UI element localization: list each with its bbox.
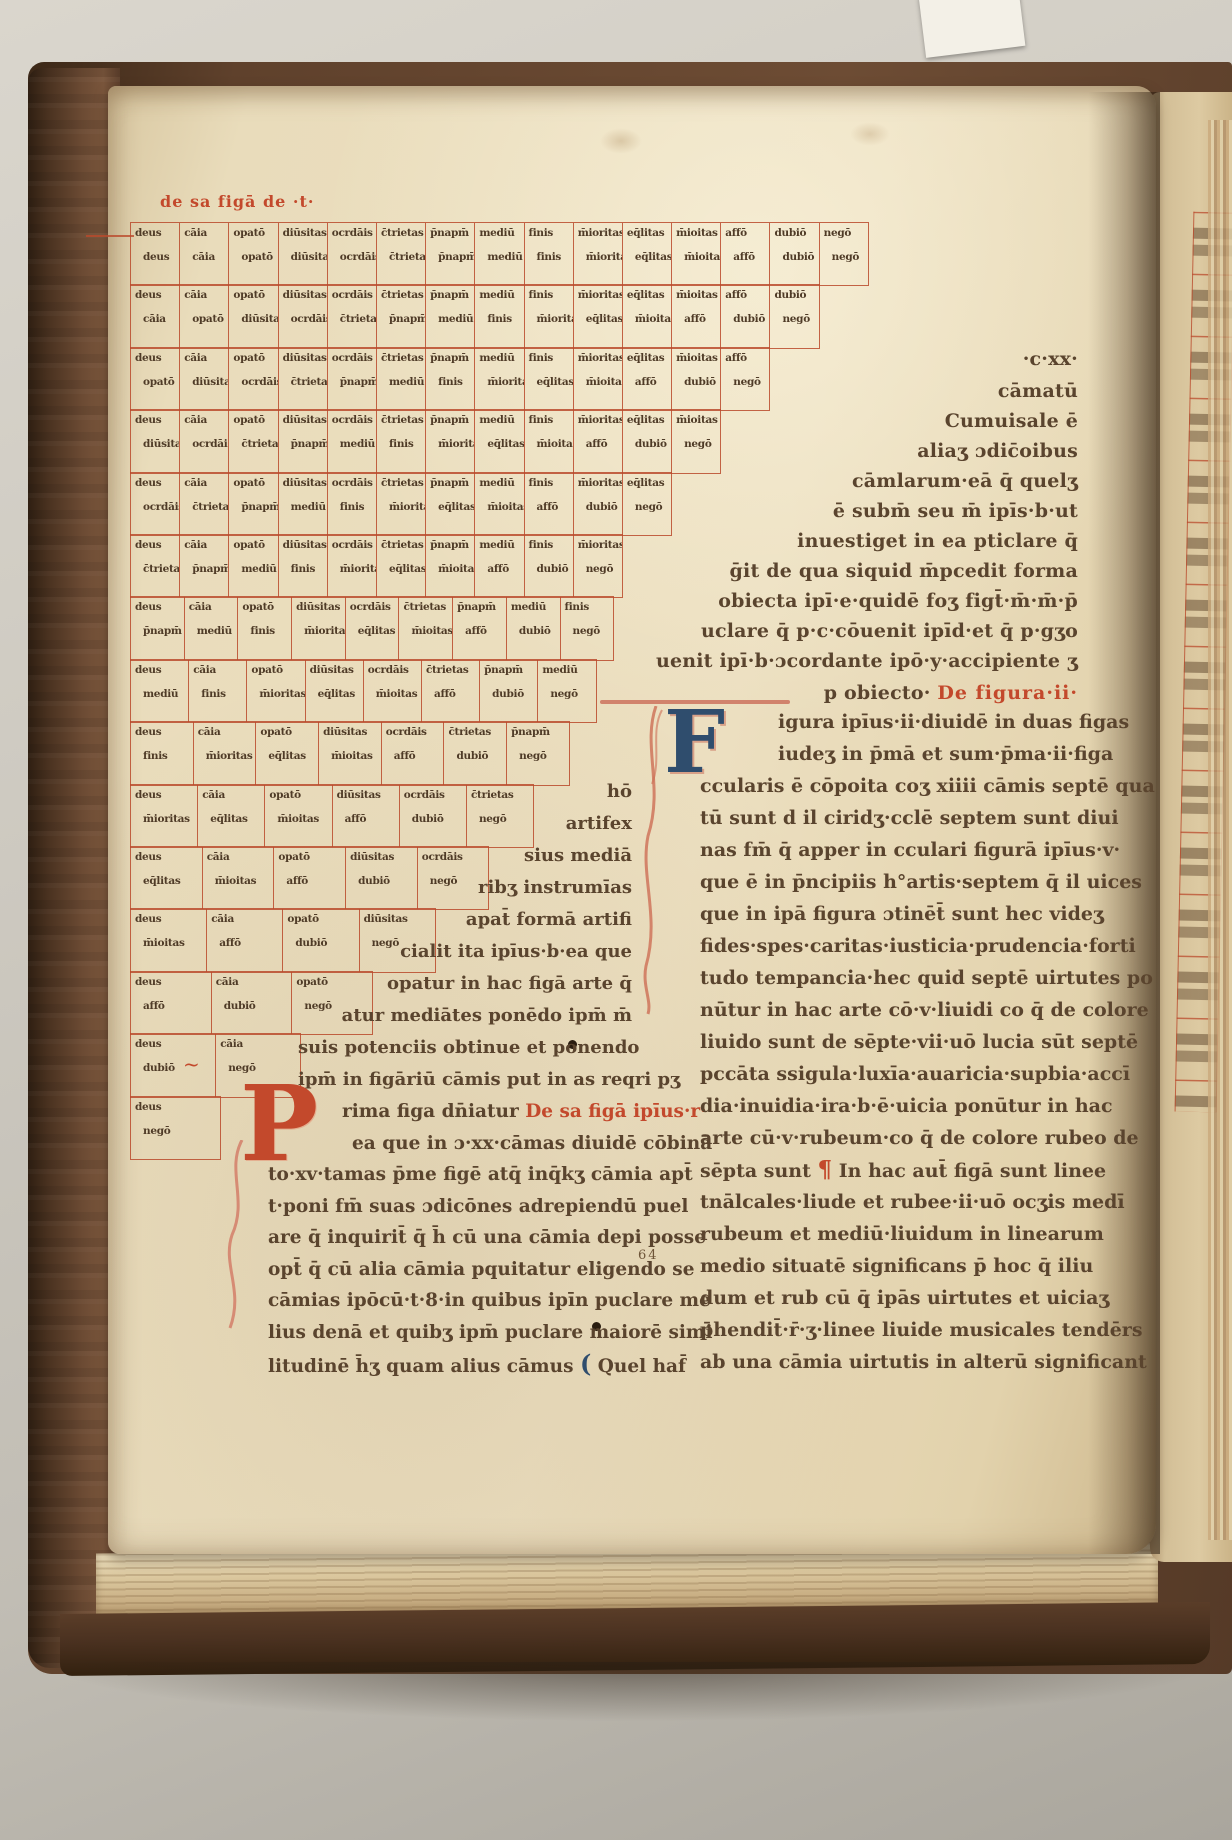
table-cell: deusm̄ioitas bbox=[131, 909, 207, 971]
term-upper: diūsitas bbox=[279, 477, 327, 490]
page-stain bbox=[850, 122, 890, 146]
table-cell: eq̄litaseq̄litas bbox=[623, 223, 672, 285]
term-upper: p̄napm̄ bbox=[507, 726, 569, 739]
term-upper: cāia bbox=[194, 726, 256, 739]
term-upper: finis bbox=[525, 539, 573, 552]
right-column-corner-number: ·c·xx· bbox=[598, 344, 1078, 374]
text-line: liuido sunt de sēpte·vii·uō lucia sūt se… bbox=[700, 1026, 1082, 1058]
table-cell: mediūnegō bbox=[538, 660, 596, 722]
table-cell: cāiafinis bbox=[189, 660, 247, 722]
term-lower: c̄trietas bbox=[139, 563, 180, 576]
term-upper: p̄napm̄ bbox=[426, 289, 474, 302]
table-cell: negōnegō bbox=[820, 223, 869, 285]
term-upper: c̄trietas bbox=[444, 726, 506, 739]
table-cell: deusdiūsitas bbox=[131, 410, 180, 472]
table-cell: mediūeq̄litas bbox=[475, 410, 524, 472]
text-line: obiecta ipī·e·quidē foʒ figt̄·m̄·m̄·p̄ bbox=[598, 586, 1078, 616]
table-cell: dubiōdubiō bbox=[770, 223, 819, 285]
split-line-black2: In hac aut̄ figā sunt linee bbox=[839, 1160, 1106, 1182]
table-cell: p̄napm̄mediū bbox=[426, 285, 475, 347]
table-cell: opatōopatō bbox=[229, 223, 278, 285]
term-upper: diūsitas bbox=[279, 289, 327, 302]
term-lower: affō bbox=[680, 313, 721, 326]
text-line: igura ipīus·ii·diuidē in duas figas bbox=[778, 706, 1082, 738]
term-upper: p̄napm̄ bbox=[426, 227, 474, 240]
table-cell: ocrdāism̄ioitas bbox=[364, 660, 422, 722]
table-cell: opatōmediū bbox=[229, 535, 278, 597]
text-line: sius mediā bbox=[298, 840, 632, 872]
term-lower: dubiō bbox=[488, 688, 538, 701]
term-upper: mediū bbox=[507, 601, 560, 614]
text-line: cāmatū bbox=[598, 376, 1078, 406]
term-upper: deus bbox=[131, 227, 179, 240]
table-cell: cāiam̄ioritas bbox=[194, 722, 257, 784]
term-upper: c̄trietas bbox=[399, 601, 452, 614]
table-cell: affōdubiō bbox=[721, 285, 770, 347]
left-body-lines: to·xv·tamas p̄me figē atq̄ inq̄kʒ cāmia … bbox=[268, 1159, 630, 1348]
term-lower: m̄ioritas bbox=[533, 313, 574, 326]
split-line-black: sēpta sunt bbox=[700, 1160, 811, 1182]
text-line: Cumuisale ē bbox=[598, 406, 1078, 436]
rubric-line: rima figa dn̄iatur De sa figā ipīus·r· bbox=[342, 1096, 630, 1128]
term-upper: ocrdāis bbox=[328, 414, 376, 427]
paper-slip bbox=[919, 0, 1026, 58]
table-cell: c̄trietasfinis bbox=[377, 410, 426, 472]
text-line: cāmlarum·eā q̄ quelʒ bbox=[598, 466, 1078, 496]
term-upper: cāia bbox=[185, 601, 238, 614]
table-cell: m̄ioitasm̄ioitas bbox=[672, 223, 721, 285]
table-cell: finism̄ioritas bbox=[525, 285, 574, 347]
text-line: apat̄ formā artifi bbox=[298, 904, 632, 936]
term-lower: m̄ioritas bbox=[202, 750, 257, 763]
table-cell: deusmediū bbox=[131, 660, 189, 722]
table-cell: affōaffō bbox=[721, 223, 770, 285]
term-lower: affō bbox=[461, 625, 507, 638]
term-lower: m̄ioitas bbox=[631, 313, 672, 326]
rubric-line-black: p obiecto· bbox=[824, 682, 931, 704]
margin-mark: ~ bbox=[183, 1052, 200, 1076]
term-upper: opatō bbox=[238, 601, 291, 614]
table-cell: cāiam̄ioitas bbox=[203, 847, 275, 909]
term-lower: dubiō bbox=[729, 313, 770, 326]
table-cell: diūsitasocrdāis bbox=[279, 285, 328, 347]
table-cell: mediūaffō bbox=[475, 535, 524, 597]
term-lower: deus bbox=[139, 251, 180, 264]
table-cell: diūsitasdiūsitas bbox=[279, 223, 328, 285]
term-lower: m̄ioitas bbox=[533, 438, 574, 451]
table-row: deusnegō bbox=[130, 1096, 221, 1160]
term-upper: ocrdāis bbox=[328, 289, 376, 302]
table-cell: deuseq̄litas bbox=[131, 847, 203, 909]
table-cell: m̄ioritasm̄ioritas bbox=[574, 223, 623, 285]
term-upper: ocrdāis bbox=[328, 539, 376, 552]
table-cell: deusocrdāis bbox=[131, 473, 180, 535]
term-lower: ocrdāis bbox=[139, 501, 180, 514]
fore-edge-pages bbox=[1208, 120, 1232, 1540]
table-cell: cāiacāia bbox=[180, 223, 229, 285]
term-upper: mediū bbox=[475, 414, 523, 427]
term-lower: m̄ioritas bbox=[483, 376, 524, 389]
text-line: ·c·xx· bbox=[598, 344, 1078, 374]
term-lower: opatō bbox=[139, 376, 180, 389]
term-upper: c̄trietas bbox=[422, 664, 479, 677]
term-lower: dubiō bbox=[139, 1062, 216, 1075]
table-cell: finisfinis bbox=[525, 223, 574, 285]
table-cell: ocrdāismediū bbox=[328, 410, 377, 472]
text-line: pccāta ssigula·luxīa·auaricia·supbia·acc… bbox=[700, 1058, 1082, 1090]
text-line: hō bbox=[298, 776, 632, 808]
term-lower: mediū bbox=[193, 625, 239, 638]
term-lower: c̄trietas bbox=[237, 438, 278, 451]
table-cell: p̄napm̄eq̄litas bbox=[426, 473, 475, 535]
term-upper: deus bbox=[131, 726, 193, 739]
text-line: uclare q̄ p·c·cōuenit ipīd·et q̄ p·gʒo bbox=[598, 616, 1078, 646]
term-upper: ocrdāis bbox=[364, 664, 421, 677]
term-lower: diūsitas bbox=[188, 376, 229, 389]
term-upper: p̄napm̄ bbox=[426, 414, 474, 427]
term-lower: affō bbox=[139, 1000, 212, 1013]
term-upper: mediū bbox=[538, 664, 595, 677]
left-column-body: rima figa dn̄iatur De sa figā ipīus·r· e… bbox=[268, 1096, 630, 1380]
term-upper: p̄napm̄ bbox=[426, 539, 474, 552]
text-line: dum et rub cū q̄ ipās uirtutes et uiciaʒ bbox=[700, 1282, 1082, 1314]
term-lower: affō bbox=[533, 501, 574, 514]
term-lower: finis bbox=[197, 688, 247, 701]
term-upper: mediū bbox=[475, 539, 523, 552]
term-lower: p̄napm̄ bbox=[188, 563, 229, 576]
term-upper: deus bbox=[131, 352, 179, 365]
table-cell: cāiaaffō bbox=[207, 909, 283, 971]
last-line-black: litudinē h̄ʒ quam alius cāmus bbox=[268, 1356, 574, 1377]
table-cell: cāiaocrdāis bbox=[180, 410, 229, 472]
term-upper: mediū bbox=[475, 477, 523, 490]
term-upper: opatō bbox=[229, 352, 277, 365]
term-lower: m̄ioitas bbox=[407, 625, 453, 638]
table-row: deusocrdāiscāiac̄trietasopatōp̄napm̄diūs… bbox=[130, 472, 672, 536]
term-lower: m̄ioitas bbox=[327, 750, 382, 763]
table-cell: mediūmediū bbox=[475, 223, 524, 285]
term-upper: m̄ioritas bbox=[574, 227, 622, 240]
term-lower: p̄napm̄ bbox=[287, 438, 328, 451]
table-cell: deusfinis bbox=[131, 722, 194, 784]
table-cell: ocrdāisocrdāis bbox=[328, 223, 377, 285]
table-cell: opatōocrdāis bbox=[229, 348, 278, 410]
split-line: sēpta sunt ¶ In hac aut̄ figā sunt linee bbox=[700, 1154, 1082, 1186]
right-body-lines-2: tnālcales·liude et rubee·ii·uō ocʒis med… bbox=[700, 1186, 1082, 1378]
term-lower: m̄ioitas bbox=[139, 937, 207, 950]
table-cell: mediūm̄ioitas bbox=[475, 473, 524, 535]
term-lower: finis bbox=[287, 563, 328, 576]
text-line: cialit ita ipīus·b·ea que bbox=[298, 936, 632, 968]
term-lower: m̄ioitas bbox=[434, 563, 475, 576]
term-upper: deus bbox=[131, 289, 179, 302]
text-line: dia·inuidia·ira·b·ē·uicia ponūtur in hac bbox=[700, 1090, 1082, 1122]
table-row: deuscāiacāiaopatōopatōdiūsitasdiūsitasoc… bbox=[130, 284, 820, 348]
term-lower: diūsitas bbox=[237, 313, 278, 326]
term-upper: mediū bbox=[475, 352, 523, 365]
term-upper: deus bbox=[131, 477, 179, 490]
term-lower: mediū bbox=[483, 251, 524, 264]
term-upper: m̄ioitas bbox=[672, 227, 720, 240]
initial-P-flourish bbox=[222, 1140, 252, 1330]
table-cell: finiseq̄litas bbox=[525, 348, 574, 410]
table-cell: cāiac̄trietas bbox=[180, 473, 229, 535]
term-upper: cāia bbox=[180, 289, 228, 302]
term-upper: finis bbox=[525, 477, 573, 490]
term-lower: m̄ioritas bbox=[139, 813, 198, 826]
term-lower: dubiō bbox=[515, 625, 561, 638]
term-upper: diūsitas bbox=[319, 726, 381, 739]
text-line: tnālcales·liude et rubee·ii·uō ocʒis med… bbox=[700, 1186, 1082, 1218]
term-lower: dubiō bbox=[533, 563, 574, 576]
term-upper: deus bbox=[131, 664, 188, 677]
term-upper: ocrdāis bbox=[382, 726, 444, 739]
text-line: ab una cāmia uirtutis in alterū signific… bbox=[700, 1346, 1082, 1378]
text-line: opt̄ q̄ cū alia cāmia pquitatur eligendo… bbox=[268, 1254, 630, 1286]
right-indent-lines: igura ipīus·ii·diuidē in duas figasiudeʒ… bbox=[778, 706, 1082, 770]
table-cell: cāiadubiō bbox=[212, 972, 293, 1034]
term-upper: finis bbox=[525, 352, 573, 365]
term-lower: eq̄litas bbox=[206, 813, 265, 826]
term-lower: mediū bbox=[237, 563, 278, 576]
term-upper: c̄trietas bbox=[377, 414, 425, 427]
term-lower: mediū bbox=[434, 313, 475, 326]
term-upper: cāia bbox=[198, 789, 264, 802]
table-cell: c̄trietasaffō bbox=[422, 660, 480, 722]
text-line: fides·spes·caritas·iusticia·prudencia·fo… bbox=[700, 930, 1082, 962]
term-upper: finis bbox=[525, 289, 573, 302]
term-upper: p̄napm̄ bbox=[426, 477, 474, 490]
term-upper: c̄trietas bbox=[377, 227, 425, 240]
term-upper: deus bbox=[131, 851, 202, 864]
term-lower: c̄trietas bbox=[336, 313, 377, 326]
table-cell: eq̄litasm̄ioitas bbox=[623, 285, 672, 347]
term-upper: diūsitas bbox=[279, 539, 327, 552]
table-cell: opatōc̄trietas bbox=[229, 410, 278, 472]
term-upper: deus bbox=[131, 913, 206, 926]
term-upper: diūsitas bbox=[306, 664, 363, 677]
text-line: atur mediātes ponēdo ipm̄ m̄ bbox=[298, 1000, 632, 1032]
spine-texture bbox=[28, 68, 120, 1668]
table-cell: ocrdāisfinis bbox=[328, 473, 377, 535]
text-line: t·poni fm̄ suas ɔdicōnes adrepiendū puel bbox=[268, 1191, 630, 1223]
table-cell: mediūfinis bbox=[475, 285, 524, 347]
term-lower: dubiō bbox=[778, 251, 819, 264]
table-cell: deusopatō bbox=[131, 348, 180, 410]
table-cell: cāiaeq̄litas bbox=[198, 785, 265, 847]
text-line: tudo tempancia·hec quid septē uirtutes p… bbox=[700, 962, 1082, 994]
text-line: ea que in ɔ·xx·cāmas diuidē cōbinā bbox=[352, 1128, 630, 1160]
term-lower: c̄trietas bbox=[385, 251, 426, 264]
table-cell: deusdubiō bbox=[131, 1034, 216, 1096]
term-lower: finis bbox=[139, 750, 194, 763]
table-cell: m̄ioritaseq̄litas bbox=[574, 285, 623, 347]
table-cell: p̄napm̄p̄napm̄ bbox=[426, 223, 475, 285]
term-lower: negō bbox=[515, 750, 570, 763]
table-cell: diūsitasmediū bbox=[279, 473, 328, 535]
table-cell: ocrdāisc̄trietas bbox=[328, 285, 377, 347]
term-upper: opatō bbox=[229, 289, 277, 302]
table-cell: opatōfinis bbox=[238, 597, 292, 659]
table-cell: c̄trietasp̄napm̄ bbox=[377, 285, 426, 347]
pilcrow-icon: ¶ bbox=[818, 1156, 833, 1183]
table-row: deusp̄napm̄cāiamediūopatōfinisdiūsitasm̄… bbox=[130, 596, 614, 660]
text-line: are q̄ inquirit̄ q̄ h̄ cū una cāmia depi… bbox=[268, 1222, 630, 1254]
term-lower: m̄ioritas bbox=[385, 501, 426, 514]
term-lower: ocrdāis bbox=[237, 376, 278, 389]
term-upper: cāia bbox=[180, 539, 228, 552]
term-lower: affō bbox=[390, 750, 445, 763]
table-cell: mediūdubiō bbox=[507, 597, 561, 659]
term-upper: cāia bbox=[207, 913, 282, 926]
term-upper: deus bbox=[131, 414, 179, 427]
text-line: rubeum et mediū·liuidum in linearum bbox=[700, 1218, 1082, 1250]
term-lower: affō bbox=[729, 251, 770, 264]
text-line: opatur in hac figā arte q̄ bbox=[298, 968, 632, 1000]
term-upper: cāia bbox=[216, 1038, 300, 1051]
term-upper: ocrdāis bbox=[346, 601, 399, 614]
term-lower: p̄napm̄ bbox=[336, 376, 377, 389]
text-line: tū sunt d il ciridʒ·cclē septem sunt diu… bbox=[700, 802, 1082, 834]
table-cell: finisaffō bbox=[525, 473, 574, 535]
term-lower: m̄ioritas bbox=[582, 251, 623, 264]
term-upper: c̄trietas bbox=[377, 352, 425, 365]
term-lower: finis bbox=[483, 313, 524, 326]
table-cell: p̄napm̄finis bbox=[426, 348, 475, 410]
table-cell: deusnegō bbox=[131, 1097, 221, 1159]
rubric-line-red: De sa figā ipīus·r· bbox=[525, 1101, 706, 1122]
table-cell: finisdubiō bbox=[525, 535, 574, 597]
term-lower: m̄ioritas bbox=[434, 438, 475, 451]
term-lower: ocrdāis bbox=[188, 438, 229, 451]
rubric-line-black: rima figa dn̄iatur bbox=[342, 1101, 519, 1122]
term-upper: eq̄litas bbox=[623, 289, 671, 302]
table-cell: ocrdāisp̄napm̄ bbox=[328, 348, 377, 410]
table-cell: cāiamediū bbox=[185, 597, 239, 659]
table-cell: c̄trietasm̄ioritas bbox=[377, 473, 426, 535]
table-cell: p̄napm̄m̄ioitas bbox=[426, 535, 475, 597]
text-line: lius denā et quibʒ ipm̄ puclare maiorē s… bbox=[268, 1317, 630, 1349]
term-lower: opatō bbox=[237, 251, 278, 264]
term-lower: finis bbox=[533, 251, 574, 264]
term-upper: opatō bbox=[229, 539, 277, 552]
table-cell: c̄trietasc̄trietas bbox=[377, 223, 426, 285]
table-cell: opatōp̄napm̄ bbox=[229, 473, 278, 535]
term-upper: deus bbox=[131, 976, 211, 989]
table-cell: opatōm̄ioritas bbox=[247, 660, 305, 722]
term-lower: p̄napm̄ bbox=[385, 313, 426, 326]
term-upper: finis bbox=[525, 227, 573, 240]
term-upper: affō bbox=[721, 289, 769, 302]
text-line: ipm̄ in figāriū cāmis put in as reqri pʒ bbox=[298, 1064, 632, 1096]
page-stain bbox=[600, 128, 642, 154]
term-lower: affō bbox=[430, 688, 480, 701]
text-line: nūtur in hac arte cō·v·liuidi co q̄ de c… bbox=[700, 994, 1082, 1026]
term-upper: p̄napm̄ bbox=[426, 352, 474, 365]
term-lower: eq̄litas bbox=[434, 501, 475, 514]
table-cell: deusp̄napm̄ bbox=[131, 597, 185, 659]
table-cell: diūsitasfinis bbox=[279, 535, 328, 597]
term-upper: diūsitas bbox=[279, 352, 327, 365]
term-lower: diūsitas bbox=[287, 251, 328, 264]
term-upper: ocrdāis bbox=[328, 477, 376, 490]
term-lower: p̄napm̄ bbox=[434, 251, 475, 264]
term-lower: m̄ioitas bbox=[372, 688, 422, 701]
book-shadow bbox=[40, 1662, 1220, 1722]
table-cell: deusaffō bbox=[131, 972, 212, 1034]
term-lower: m̄ioritas bbox=[336, 563, 377, 576]
term-upper: mediū bbox=[475, 227, 523, 240]
text-line: aliaʒ ɔdic̄oibus bbox=[598, 436, 1078, 466]
term-upper: p̄napm̄ bbox=[480, 664, 537, 677]
right-column-body: igura ipīus·ii·diuidē in duas figasiudeʒ… bbox=[700, 706, 1082, 1378]
table-cell: diūsitasc̄trietas bbox=[279, 348, 328, 410]
paragraph-mark-icon: ( bbox=[580, 1349, 591, 1378]
term-lower: eq̄litas bbox=[264, 750, 319, 763]
table-margin-rule bbox=[86, 235, 134, 237]
term-lower: eq̄litas bbox=[533, 376, 574, 389]
term-upper: diūsitas bbox=[279, 414, 327, 427]
text-line: medio situatē significans p̄ hoc q̄ iliu bbox=[700, 1250, 1082, 1282]
term-lower: eq̄litas bbox=[385, 563, 426, 576]
term-lower: opatō bbox=[188, 313, 229, 326]
initial-F-flourish bbox=[640, 706, 666, 1016]
last-line-black2: Quel haf̄ bbox=[598, 1356, 686, 1377]
table-cell: c̄trietasmediū bbox=[377, 348, 426, 410]
term-upper: cāia bbox=[203, 851, 274, 864]
term-lower: m̄ioitas bbox=[483, 501, 524, 514]
term-upper: diūsitas bbox=[279, 227, 327, 240]
text-line: cāmias ipōcū·t·8·in quibus ipīn puclare … bbox=[268, 1285, 630, 1317]
term-lower: eq̄litas bbox=[483, 438, 524, 451]
right-column-wrap-text: cāmatūCumuisale ēaliaʒ ɔdic̄oibuscāmlaru… bbox=[598, 376, 1078, 676]
term-upper: dubiō bbox=[770, 227, 818, 240]
term-lower: m̄ioritas bbox=[255, 688, 305, 701]
term-lower: finis bbox=[385, 438, 426, 451]
table-cell: mediūm̄ioritas bbox=[475, 348, 524, 410]
term-upper: c̄trietas bbox=[377, 289, 425, 302]
term-lower: c̄trietas bbox=[188, 501, 229, 514]
table-row: deusdeuscāiacāiaopatōopatōdiūsitasdiūsit… bbox=[130, 222, 869, 286]
term-lower: m̄ioritas bbox=[300, 625, 346, 638]
term-upper: m̄ioritas bbox=[574, 289, 622, 302]
table-cell: cāiap̄napm̄ bbox=[180, 535, 229, 597]
table-cell: dubiōnegō bbox=[770, 285, 819, 347]
term-upper: ocrdāis bbox=[328, 352, 376, 365]
term-lower: cāia bbox=[139, 313, 180, 326]
term-lower: mediū bbox=[336, 438, 377, 451]
term-lower: finis bbox=[434, 376, 475, 389]
term-lower: negō bbox=[139, 1125, 221, 1138]
term-lower: cāia bbox=[188, 251, 229, 264]
term-lower: eq̄litas bbox=[139, 875, 203, 888]
term-lower: c̄trietas bbox=[287, 376, 328, 389]
term-upper: cāia bbox=[180, 414, 228, 427]
term-lower: finis bbox=[246, 625, 292, 638]
term-upper: eq̄litas bbox=[623, 227, 671, 240]
term-lower: negō bbox=[828, 251, 869, 264]
table-cell: deuscāia bbox=[131, 285, 180, 347]
text-line: ribʒ instrumīas bbox=[298, 872, 632, 904]
term-upper: opatō bbox=[229, 414, 277, 427]
table-cell: p̄napm̄m̄ioritas bbox=[426, 410, 475, 472]
term-lower: eq̄litas bbox=[314, 688, 364, 701]
text-line: uenit ipī·b·ɔcordante ipō·y·accipiente ʒ bbox=[598, 646, 1078, 676]
term-upper: opatō bbox=[229, 227, 277, 240]
term-upper: finis bbox=[525, 414, 573, 427]
text-line: nas fm̄ q̄ apper in cculari figurā ipīus… bbox=[700, 834, 1082, 866]
text-line: ccularis ē cōpoita coʒ xiiii cāmis septē… bbox=[700, 770, 1082, 802]
